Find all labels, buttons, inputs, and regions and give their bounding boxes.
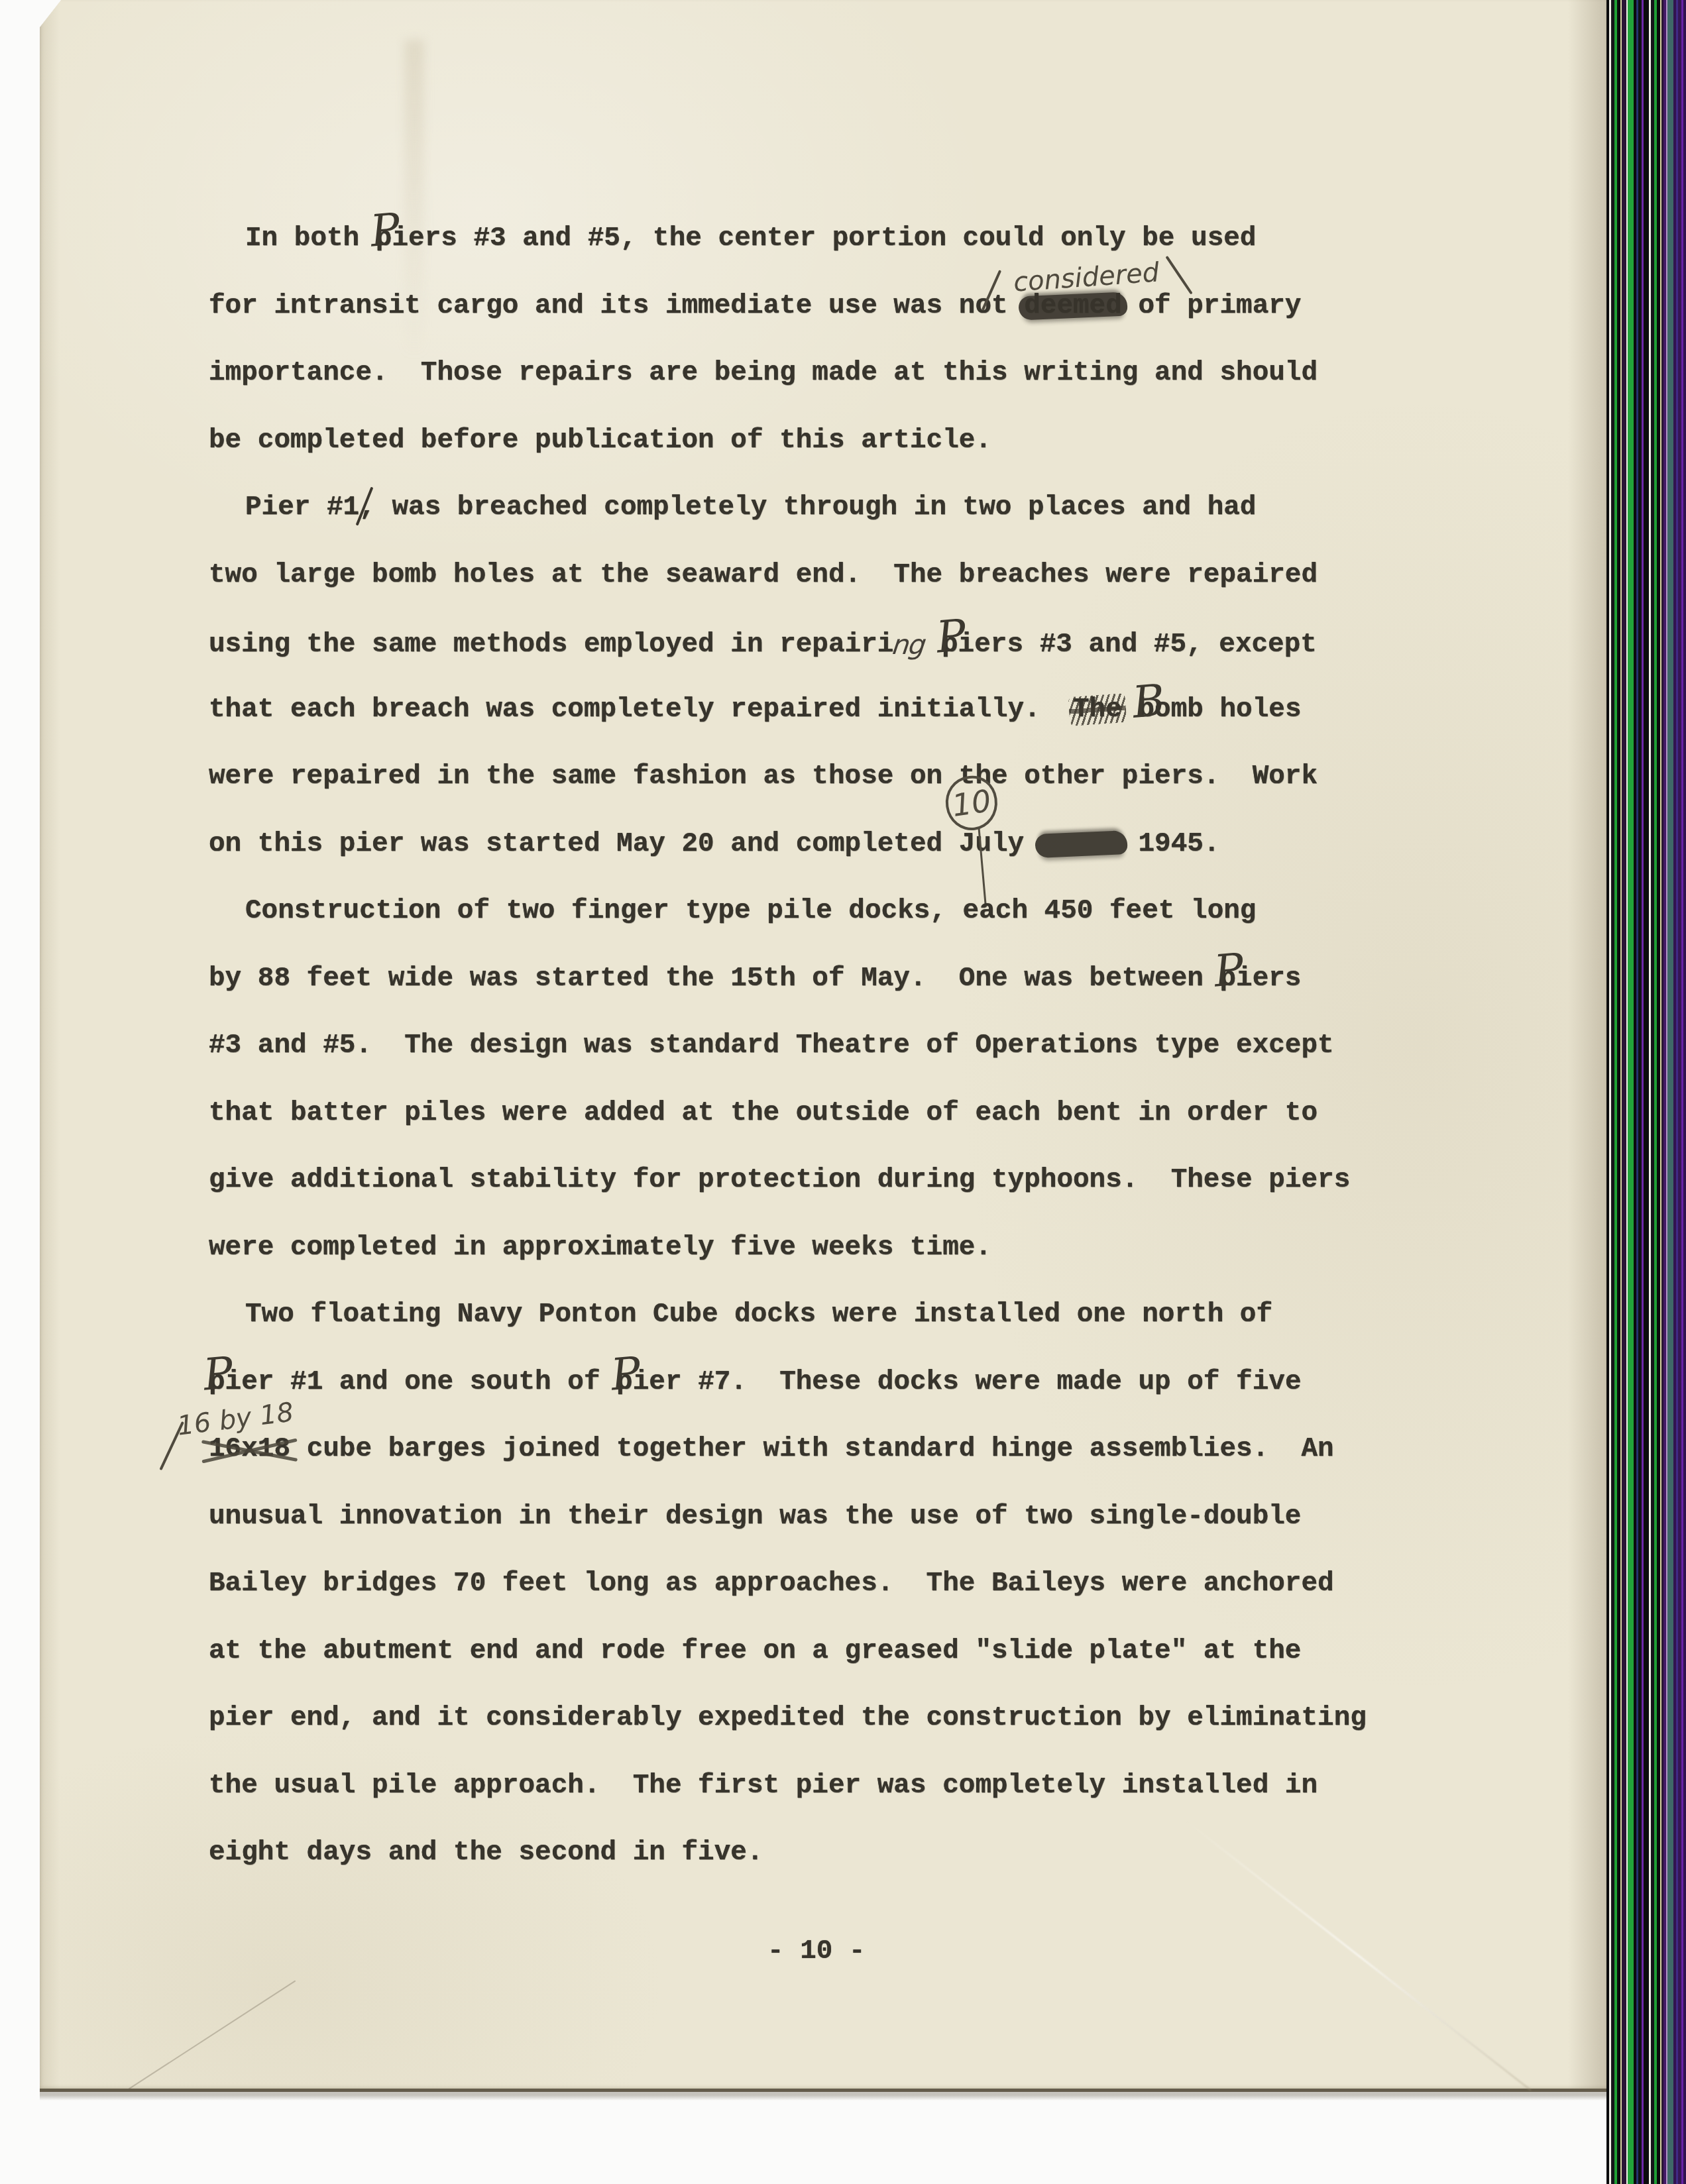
typed-text: July10 — [959, 829, 1024, 859]
typed-text: using the same methods employed in repai… — [209, 629, 877, 660]
typed-text-hand: ng — [889, 612, 930, 679]
typed-text: ier #7. These docks were made up of five — [633, 1367, 1302, 1397]
typed-text: eight days and the second in five. — [209, 1837, 763, 1868]
typed-text-scribble: deemedconsidered — [1024, 291, 1122, 321]
document-line: Two floating Navy Ponton Cube docks were… — [209, 1282, 1428, 1349]
document-line: pier end, and it considerably expedited … — [209, 1685, 1428, 1753]
document-line: for intransit cargo and its immediate us… — [209, 273, 1428, 341]
document-line: eight days and the second in five. — [209, 1820, 1428, 1887]
document-line: using the same methods employed in repai… — [209, 609, 1428, 677]
typed-text: 1945. — [1122, 829, 1220, 859]
document-line: 16x1816 by 18 cube barges joined togethe… — [209, 1416, 1428, 1484]
typed-text: be completed before publication of this … — [209, 425, 991, 456]
typed-text: was breached completely through in two p… — [376, 492, 1257, 523]
typed-text: #3 and #5. The design was standard Theat… — [209, 1030, 1334, 1061]
document-line: at the abutment end and rode free on a g… — [209, 1618, 1428, 1686]
typed-text: the usual pile approach. The first pier … — [209, 1771, 1318, 1801]
typed-text: omb holes — [1154, 694, 1301, 725]
document-line: pPier #1 and one south of pPier #7. Thes… — [209, 1349, 1428, 1417]
document-line: by 88 feet wide was started the 15th of … — [209, 946, 1428, 1013]
typed-text: Construction of two finger type pile doc… — [245, 896, 1256, 926]
document-line: Pier #1, was breached completely through… — [209, 474, 1428, 542]
typed-text: by 88 feet wide was started the 15th of … — [209, 963, 1219, 994]
typed-text: bB — [1138, 694, 1154, 725]
typed-text: Pier #1 — [245, 492, 359, 523]
document-line: the usual pile approach. The first pier … — [209, 1753, 1428, 1820]
document-line: Bailey bridges 70 feet long as approache… — [209, 1551, 1428, 1618]
typed-text-xstrike: 16x1816 by 18 — [209, 1434, 290, 1464]
typed-text: iers #3 and #5, except — [958, 629, 1317, 660]
typed-text: give additional stability for protection… — [209, 1165, 1350, 1195]
typed-text: pier end, and it considerably expedited … — [209, 1703, 1367, 1733]
typed-text: Bailey bridges 70 feet long as approache… — [209, 1568, 1334, 1599]
typed-text-scribble — [1040, 829, 1122, 859]
document-line: were repaired in the same fashion as tho… — [209, 743, 1428, 811]
page-number: - 10 - — [767, 1936, 866, 1967]
document-line: unusual innovation in their design was t… — [209, 1484, 1428, 1551]
document-line: two large bomb holes at the seaward end.… — [209, 542, 1428, 610]
typed-text: cube barges joined together with standar… — [290, 1434, 1334, 1464]
document-line: on this pier was started May 20 and comp… — [209, 811, 1428, 879]
typed-text: iers #3 and #5, the center portion could… — [392, 223, 1256, 254]
typed-text: importance. Those repairs are being made… — [209, 358, 1318, 388]
document-line: In both pPiers #3 and #5, the center por… — [209, 205, 1428, 273]
paper-corner-fold — [40, 0, 62, 29]
typed-text: at the abutment end and rode free on a g… — [209, 1636, 1301, 1666]
typed-text: were completed in approximately five wee… — [209, 1232, 991, 1263]
typed-text-slashed: , — [359, 492, 376, 523]
typed-text-scribble-light: The — [1073, 694, 1122, 725]
document-line: that each breach was completely repaired… — [209, 677, 1428, 744]
document-line: Construction of two finger type pile doc… — [209, 878, 1428, 946]
typed-text: In both — [245, 223, 376, 254]
document-line: give additional stability for protection… — [209, 1147, 1428, 1215]
typed-text: pP — [376, 223, 392, 254]
typed-text: pP — [209, 1367, 225, 1397]
typed-text: were repaired in the same fashion as tho… — [209, 761, 1318, 792]
typed-text: pP — [942, 629, 958, 660]
scan-edge-stripes — [1606, 0, 1686, 2184]
typed-text: for intransit cargo and its immediate us… — [209, 291, 1024, 321]
typed-text: ier #1 and one south of — [225, 1367, 617, 1397]
document-line: importance. Those repairs are being made… — [209, 340, 1428, 408]
typed-text: two large bomb holes at the seaward end.… — [209, 560, 1318, 590]
paper-bottom-shadow — [40, 2089, 1608, 2101]
typed-text: pP — [1219, 963, 1236, 994]
typed-text: iers — [1236, 963, 1301, 994]
document-line: #3 and #5. The design was standard Theat… — [209, 1012, 1428, 1080]
scanned-page-background: { "page_number": "- 10 -", "colors": { "… — [0, 0, 1686, 2184]
document-line: that batter piles were added at the outs… — [209, 1080, 1428, 1148]
document-line: be completed before publication of this … — [209, 408, 1428, 475]
typed-text: on this pier was started May 20 and comp… — [209, 829, 959, 859]
typed-text: pP — [616, 1367, 633, 1397]
typed-text: of primary — [1122, 291, 1302, 321]
typed-text: that batter piles were added at the outs… — [209, 1098, 1318, 1128]
typed-text: unusual innovation in their design was t… — [209, 1501, 1301, 1532]
typed-text: Two floating Navy Ponton Cube docks were… — [245, 1299, 1272, 1330]
typed-text: that each breach was completely repaired… — [209, 694, 1073, 725]
document-line: were completed in approximately five wee… — [209, 1215, 1428, 1282]
text-block: In both pPiers #3 and #5, the center por… — [209, 205, 1428, 1887]
